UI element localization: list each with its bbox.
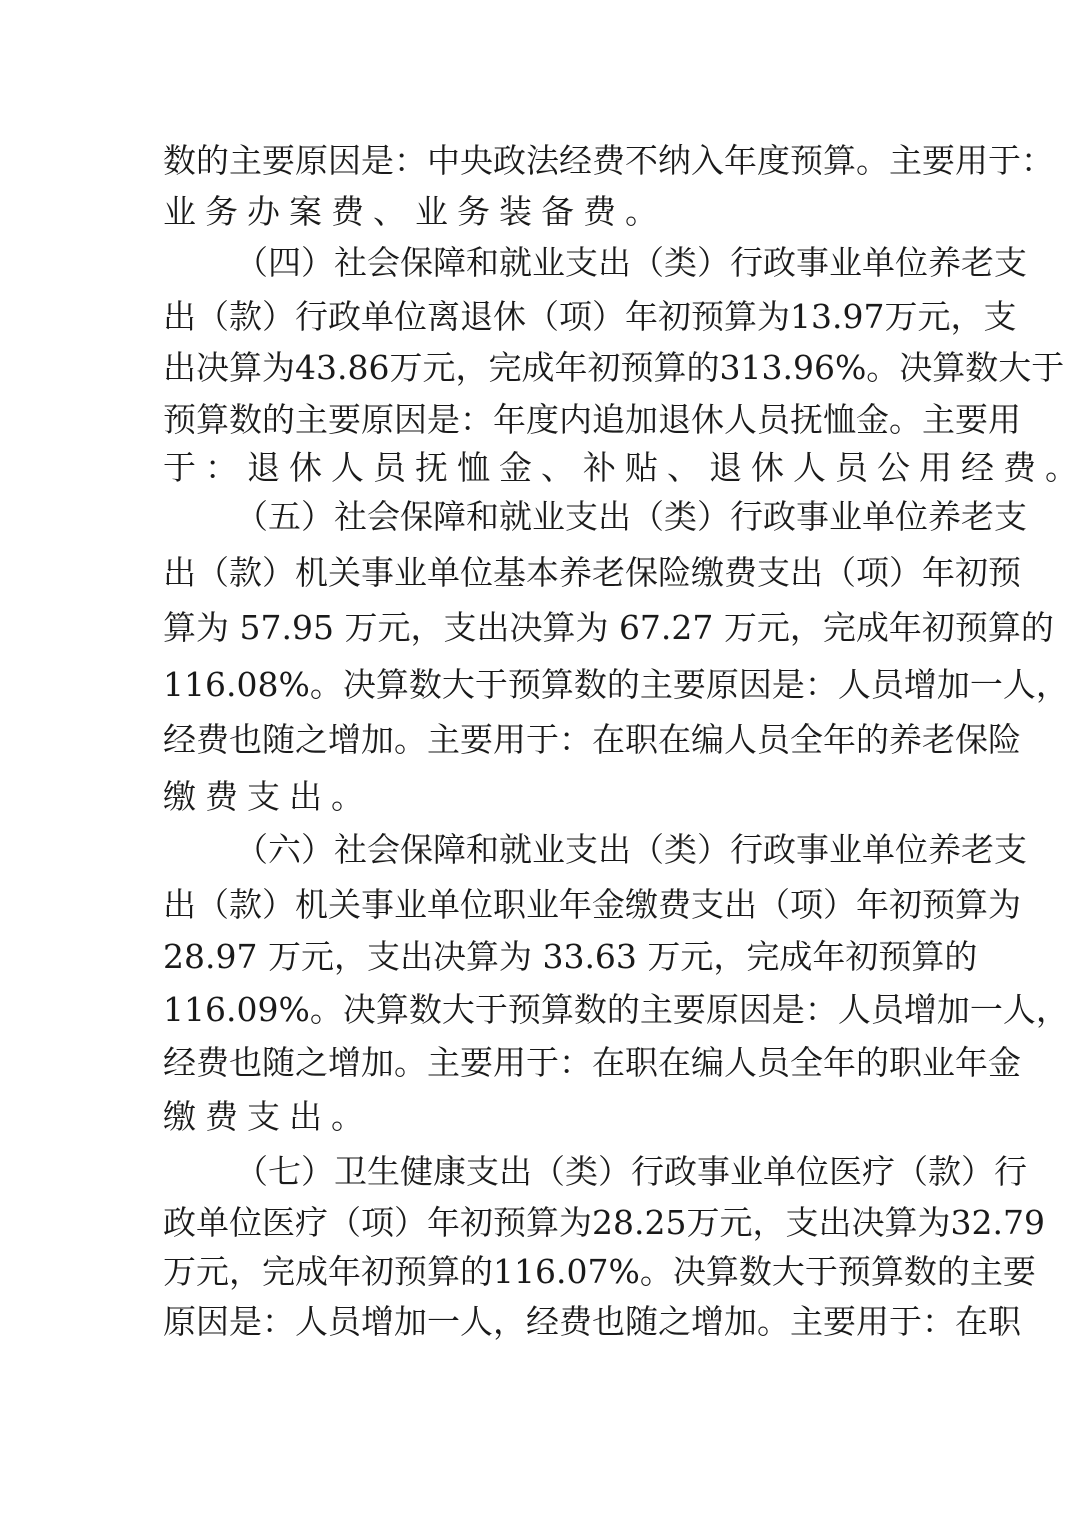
text-line: 万元，完成年初预算的116.07%。决算数大于预算数的主要 <box>163 1252 915 1292</box>
text-line: 28.97 万元，支出决算为 33.63 万元，完成年初预算的 <box>163 937 915 977</box>
text-line: 缴费支出。 <box>163 777 915 817</box>
text-line: 于：退休人员抚恤金、补贴、退休人员公用经费。 <box>163 448 915 488</box>
paragraph-heading-line: （五）社会保障和就业支出（类）行政事业单位养老支 <box>235 497 915 537</box>
paragraph-heading-line: （六）社会保障和就业支出（类）行政事业单位养老支 <box>235 830 915 870</box>
text-line: 数的主要原因是：中央政法经费不纳入年度预算。主要用于： <box>163 141 915 181</box>
text-line: 经费也随之增加。主要用于：在职在编人员全年的职业年金 <box>163 1043 915 1083</box>
text-line: 116.09%。决算数大于预算数的主要原因是：人员增加一人， <box>163 990 915 1030</box>
text-line: 出（款）机关事业单位职业年金缴费支出（项）年初预算为 <box>163 885 915 925</box>
text-line: 出（款）机关事业单位基本养老保险缴费支出（项）年初预 <box>163 553 915 593</box>
text-line: 原因是：人员增加一人，经费也随之增加。主要用于：在职 <box>163 1302 915 1342</box>
text-line: 出决算为43.86万元，完成年初预算的313.96%。决算数大于 <box>163 348 915 388</box>
text-line: 业务办案费、业务装备费。 <box>163 192 915 232</box>
text-line: 116.08%。决算数大于预算数的主要原因是：人员增加一人， <box>163 665 915 705</box>
document-page: 数的主要原因是：中央政法经费不纳入年度预算。主要用于： 业务办案费、业务装备费。… <box>0 0 1075 1520</box>
text-line: 算为 57.95 万元，支出决算为 67.27 万元，完成年初预算的 <box>163 608 915 648</box>
text-line: 经费也随之增加。主要用于：在职在编人员全年的养老保险 <box>163 720 915 760</box>
paragraph-heading-line: （四）社会保障和就业支出（类）行政事业单位养老支 <box>235 243 915 283</box>
text-line: 政单位医疗（项）年初预算为28.25万元，支出决算为32.79 <box>163 1203 915 1243</box>
paragraph-heading-line: （七）卫生健康支出（类）行政事业单位医疗（款）行 <box>235 1152 915 1192</box>
text-line: 缴费支出。 <box>163 1097 915 1137</box>
text-line: 出（款）行政单位离退休（项）年初预算为13.97万元，支 <box>163 297 915 337</box>
text-line: 预算数的主要原因是：年度内追加退休人员抚恤金。主要用 <box>163 400 915 440</box>
